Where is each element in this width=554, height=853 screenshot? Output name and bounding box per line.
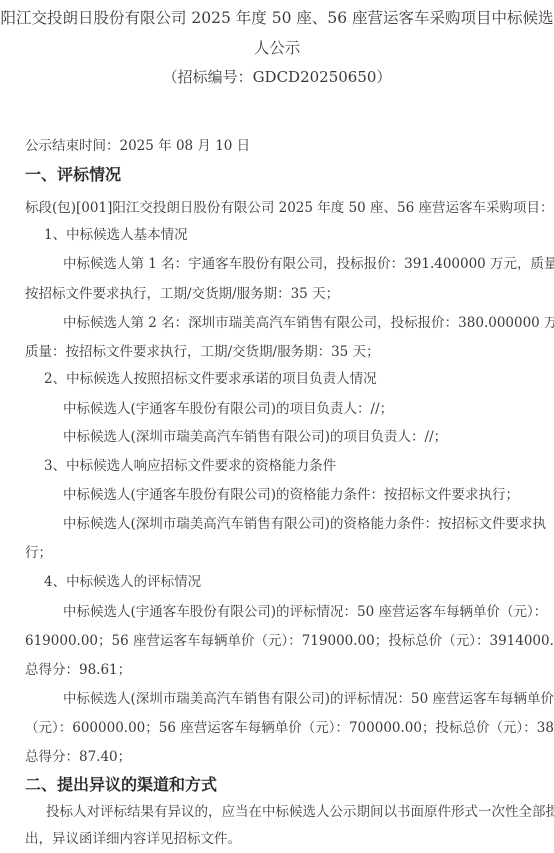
document-title-line-2: 人公示 xyxy=(0,39,554,57)
candidate-2-total-score: 总得分：87.40； xyxy=(25,748,131,766)
candidate-2-basic-line-1: 中标候选人第 2 名：深圳市瑞美高汽车销售有限公司，投标报价：380.00000… xyxy=(63,314,554,332)
section-2-heading: 二、提出异议的渠道和方式 xyxy=(25,776,217,794)
document-title-line-1: 阳江交投朗日股份有限公司 2025 年度 50 座、56 座营运客车采购项目中标… xyxy=(0,9,554,27)
candidate-1-project-lead: 中标候选人(宇通客车股份有限公司)的项目负责人：//； xyxy=(63,400,393,418)
candidate-2-basic-line-2: 质量：按招标文件要求执行，工期/交货期/服务期：35 天； xyxy=(25,343,380,361)
section-1-heading: 一、评标情况 xyxy=(25,166,121,184)
subsection-2-heading: 2、中标候选人按照招标文件要求承诺的项目负责人情况 xyxy=(44,370,377,388)
candidate-1-qualification: 中标候选人(宇通客车股份有限公司)的资格能力条件：按招标文件要求执行； xyxy=(63,486,519,504)
candidate-2-evaluation-line-1: 中标候选人(深圳市瑞美高汽车销售有限公司)的评标情况：50 座营运客车每辆单价 xyxy=(63,690,554,708)
candidate-1-total-score: 总得分：98.61； xyxy=(25,661,131,679)
bid-number: （招标编号：GDCD20250650） xyxy=(0,68,554,86)
candidate-1-basic-line-2: 按招标文件要求执行，工期/交货期/服务期：35 天； xyxy=(25,285,339,303)
candidate-1-evaluation-line-2: 619000.00；56 座营运客车每辆单价（元）：719000.00；投标总价… xyxy=(25,632,554,650)
candidate-1-basic-line-1: 中标候选人第 1 名：宇通客车股份有限公司，投标报价：391.400000 万元… xyxy=(63,255,554,273)
subsection-1-heading: 1、中标候选人基本情况 xyxy=(44,226,188,244)
candidate-2-project-lead: 中标候选人(深圳市瑞美高汽车销售有限公司)的项目负责人：//； xyxy=(63,428,447,446)
lot-description: 标段(包)[001]阳江交投朗日股份有限公司 2025 年度 50 座、56 座… xyxy=(25,199,554,217)
notice-end-time: 公示结束时间：2025 年 08 月 10 日 xyxy=(25,137,250,155)
candidate-2-qualification-line-2: 行； xyxy=(25,544,52,562)
objection-paragraph-line-1: 投标人对评标结果有异议的，应当在中标候选人公示期间以书面原件形式一次性全部提 xyxy=(46,803,554,821)
objection-paragraph-line-2: 出，异议函详细内容详见招标文件。 xyxy=(25,830,241,848)
candidate-2-qualification-line-1: 中标候选人(深圳市瑞美高汽车销售有限公司)的资格能力条件：按招标文件要求执 xyxy=(63,515,546,533)
candidate-1-evaluation-line-1: 中标候选人(宇通客车股份有限公司)的评标情况：50 座营运客车每辆单价（元）： xyxy=(63,603,547,621)
candidate-2-evaluation-line-2: （元）：600000.00；56 座营运客车每辆单价（元）：700000.00；… xyxy=(25,719,554,737)
subsection-4-heading: 4、中标候选人的评标情况 xyxy=(44,573,201,591)
subsection-3-heading: 3、中标候选人响应招标文件要求的资格能力条件 xyxy=(44,457,336,475)
